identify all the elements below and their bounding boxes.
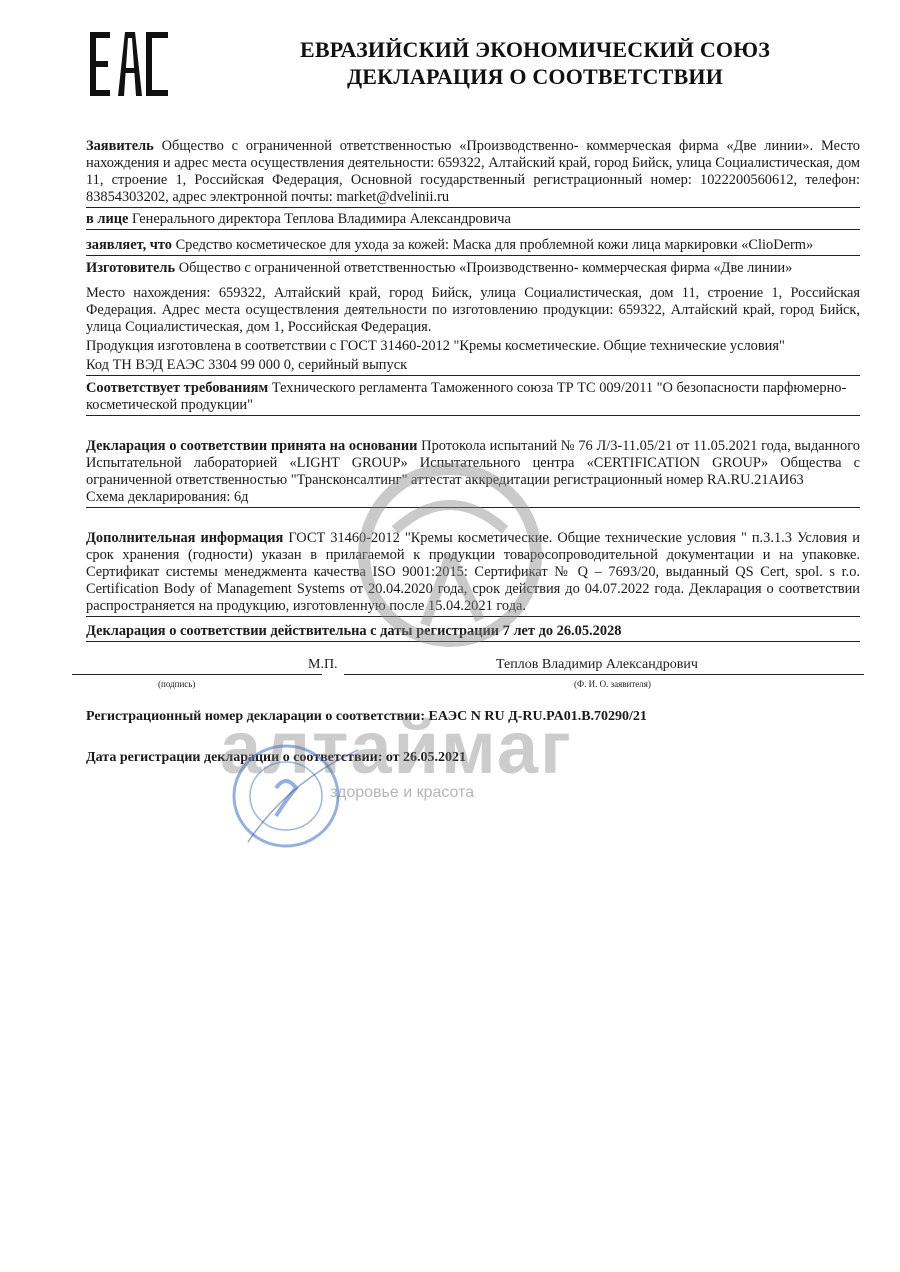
seal-label: М.П. (308, 656, 338, 673)
watermark-tagline: здоровье и красота (330, 784, 474, 802)
manufacturer-standard: Продукция изготовлена в соответствии с Г… (86, 338, 860, 355)
manufacturer-line: Изготовитель Общество с ограниченной отв… (86, 260, 860, 277)
manufacturer-text: Общество с ограниченной ответственностью… (179, 260, 793, 276)
name-line (344, 674, 864, 675)
name-caption: (Ф. И. О. заявителя) (574, 676, 651, 693)
applicant-text: Общество с ограниченной ответственностью… (86, 138, 860, 205)
declares-label: заявляет, что (86, 237, 172, 253)
complies-section: Соответствует требованиям Технического р… (86, 380, 860, 416)
additional-label: Дополнительная информация (86, 530, 283, 546)
additional-section: Дополнительная информация ГОСТ 31460-201… (86, 530, 860, 617)
signatory-name: Теплов Владимир Александрович (496, 656, 698, 673)
manufacturer-location: Место нахождения: 659322, Алтайский край… (86, 285, 860, 336)
eac-logo (88, 28, 170, 100)
complies-label: Соответствует требованиям (86, 380, 268, 396)
applicant-section: Заявитель Общество с ограниченной ответс… (86, 138, 860, 208)
registration-date: Дата регистрации декларации о соответств… (86, 749, 860, 766)
declares-text: Средство косметическое для ухода за коже… (176, 237, 814, 253)
declaration-body: Заявитель Общество с ограниченной ответс… (86, 138, 860, 766)
signature-caption: (подпись) (158, 676, 195, 693)
declaration-scheme: Схема декларирования: 6д (86, 489, 860, 506)
declares-section: заявляет, что Средство косметическое для… (86, 237, 860, 256)
basis-line: Декларация о соответствии принята на осн… (86, 438, 860, 489)
represented-by-text: Генерального директора Теплова Владимира… (132, 211, 511, 227)
basis-label: Декларация о соответствии принята на осн… (86, 438, 417, 454)
manufacturer-label: Изготовитель (86, 260, 175, 276)
represented-by-label: в лице (86, 211, 128, 227)
validity-text: Декларация о соответствии действительна … (86, 623, 621, 639)
represented-by-section: в лице Генерального директора Теплова Вл… (86, 211, 860, 230)
basis-section: Декларация о соответствии принята на осн… (86, 438, 860, 508)
declaration-title: ДЕКЛАРАЦИЯ О СООТВЕТСТВИИ (215, 63, 855, 90)
registration-number: Регистрационный номер декларации о соотв… (86, 708, 860, 725)
union-title: ЕВРАЗИЙСКИЙ ЭКОНОМИЧЕСКИЙ СОЮЗ (215, 36, 855, 63)
hs-code: Код ТН ВЭД ЕАЭС 3304 99 000 0, серийный … (86, 357, 860, 374)
applicant-label: Заявитель (86, 138, 154, 154)
signature-line (72, 674, 322, 675)
validity-section: Декларация о соответствии действительна … (86, 623, 860, 642)
manufacturer-section: Изготовитель Общество с ограниченной отв… (86, 260, 860, 376)
document-header: ЕВРАЗИЙСКИЙ ЭКОНОМИЧЕСКИЙ СОЮЗ ДЕКЛАРАЦИ… (215, 36, 855, 90)
signature-row: (подпись) М.П. Теплов Владимир Александр… (86, 652, 860, 692)
